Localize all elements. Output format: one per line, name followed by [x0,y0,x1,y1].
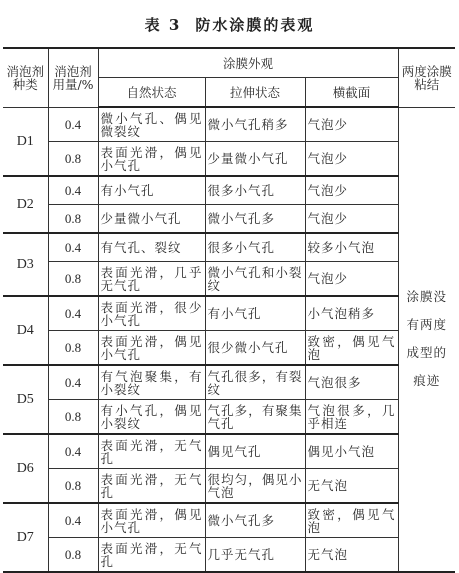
dosage-cell: 0.8 [48,469,98,504]
adhesion-cell: 涂膜没有两度成型的痕迹 [398,107,455,570]
agent-cell: D2 [3,176,48,233]
dosage-cell: 0.4 [48,176,98,205]
cross-section-cell: 偶见小气泡 [305,434,398,469]
dosage-cell: 0.8 [48,205,98,234]
table-row: 0.8 表面光滑，几乎无气孔 微小气孔和小裂纹 气泡少 [3,262,455,297]
natural-cell: 表面光滑，偶见小气孔 [98,142,205,177]
agent-cell: D1 [3,107,48,176]
cross-section-cell: 气泡很多，几乎相连 [305,400,398,435]
table-row: 0.8 表面光滑，无气孔 几乎无气孔 无气泡 [3,538,455,571]
dosage-cell: 0.8 [48,142,98,177]
natural-cell: 表面光滑，无气孔 [98,538,205,571]
dosage-cell: 0.8 [48,400,98,435]
natural-cell: 少量微小气孔 [98,205,205,234]
stretched-cell: 微小气孔多 [205,503,305,538]
table-row: D3 0.4 有气孔、裂纹 很多小气孔 较多小气泡 [3,233,455,262]
agent-cell: D3 [3,233,48,296]
appearance-table: 消泡剂种类 消泡剂用量/% 涂膜外观 两度涂膜粘结 自然状态 拉伸状态 横截面 … [3,47,455,570]
natural-cell: 微小气孔、偶见微裂纹 [98,107,205,142]
table-row: D1 0.4 微小气孔、偶见微裂纹 微小气孔稍多 气泡少 涂膜没有两度成型的痕迹 [3,107,455,142]
table-title: 防水涂膜的表观 [195,16,314,34]
natural-cell: 表面光滑，无气孔 [98,434,205,469]
header-cross-section: 横截面 [305,78,398,108]
table-row: D7 0.4 表面光滑，偶见小气孔 微小气孔多 致密，偶见气泡 [3,503,455,538]
natural-cell: 表面光滑，无气孔 [98,469,205,504]
header-adhesion: 两度涂膜粘结 [398,48,455,107]
stretched-cell: 偶见气孔 [205,434,305,469]
cross-section-cell: 无气泡 [305,469,398,504]
adhesion-note: 涂膜没有两度成型的痕迹 [406,283,448,395]
stretched-cell: 很均匀，偶见小气泡 [205,469,305,504]
cross-section-cell: 小气泡稍多 [305,296,398,331]
cross-section-cell: 气泡很多 [305,365,398,400]
table-row: 0.8 少量微小气孔 微小气孔多 气泡少 [3,205,455,234]
table-row: D4 0.4 表面光滑，很少小气孔 有小气孔 小气泡稍多 [3,296,455,331]
cross-section-cell: 气泡少 [305,205,398,234]
cross-section-cell: 气泡少 [305,176,398,205]
stretched-cell: 有小气孔 [205,296,305,331]
table-row: 0.8 表面光滑，偶见小气孔 很少微小气孔 致密，偶见气泡 [3,331,455,366]
header-dosage: 消泡剂用量/% [48,48,98,107]
stretched-cell: 微小气孔稍多 [205,107,305,142]
natural-cell: 有气泡聚集，有小裂纹 [98,365,205,400]
dosage-cell: 0.4 [48,296,98,331]
stretched-cell: 少量微小气孔 [205,142,305,177]
stretched-cell: 气孔很多，有裂纹 [205,365,305,400]
header-stretched: 拉伸状态 [205,78,305,108]
cross-section-cell: 无气泡 [305,538,398,571]
cross-section-cell: 致密，偶见气泡 [305,503,398,538]
table-row: D2 0.4 有小气孔 很多小气孔 气泡少 [3,176,455,205]
cross-section-cell: 气泡少 [305,142,398,177]
dosage-cell: 0.4 [48,503,98,538]
natural-cell: 表面光滑，几乎无气孔 [98,262,205,297]
stretched-cell: 微小气孔多 [205,205,305,234]
header-appearance: 涂膜外观 [98,48,398,78]
dosage-cell: 0.8 [48,331,98,366]
stretched-cell: 很多小气孔 [205,176,305,205]
stretched-cell: 几乎无气孔 [205,538,305,571]
table-row: 0.8 有小气孔，偶见小裂纹 气孔多，有聚集气孔 气泡很多，几乎相连 [3,400,455,435]
dosage-cell: 0.4 [48,434,98,469]
agent-cell: D5 [3,365,48,434]
header-natural: 自然状态 [98,78,205,108]
cross-section-cell: 较多小气泡 [305,233,398,262]
cross-section-cell: 气泡少 [305,107,398,142]
stretched-cell: 气孔多，有聚集气孔 [205,400,305,435]
table-row: 0.8 表面光滑，偶见小气孔 少量微小气孔 气泡少 [3,142,455,177]
stretched-cell: 很少微小气孔 [205,331,305,366]
agent-cell: D4 [3,296,48,365]
dosage-cell: 0.4 [48,233,98,262]
stretched-cell: 微小气孔和小裂纹 [205,262,305,297]
natural-cell: 表面光滑，很少小气孔 [98,296,205,331]
table-number: 表 3 [145,16,182,34]
dosage-cell: 0.8 [48,262,98,297]
agent-cell: D6 [3,434,48,503]
cross-section-cell: 气泡少 [305,262,398,297]
dosage-cell: 0.8 [48,538,98,571]
agent-cell: D7 [3,503,48,570]
dosage-cell: 0.4 [48,107,98,142]
table-row: 0.8 表面光滑，无气孔 很均匀，偶见小气泡 无气泡 [3,469,455,504]
table-caption: 表 3防水涂膜的表观 [0,14,459,35]
natural-cell: 有小气孔，偶见小裂纹 [98,400,205,435]
header-agent-type: 消泡剂种类 [3,48,48,107]
table-row: D5 0.4 有气泡聚集，有小裂纹 气孔很多，有裂纹 气泡很多 [3,365,455,400]
cross-section-cell: 致密，偶见气泡 [305,331,398,366]
dosage-cell: 0.4 [48,365,98,400]
natural-cell: 有气孔、裂纹 [98,233,205,262]
natural-cell: 表面光滑，偶见小气孔 [98,503,205,538]
natural-cell: 有小气孔 [98,176,205,205]
stretched-cell: 很多小气孔 [205,233,305,262]
natural-cell: 表面光滑，偶见小气孔 [98,331,205,366]
table-row: D6 0.4 表面光滑，无气孔 偶见气孔 偶见小气泡 [3,434,455,469]
